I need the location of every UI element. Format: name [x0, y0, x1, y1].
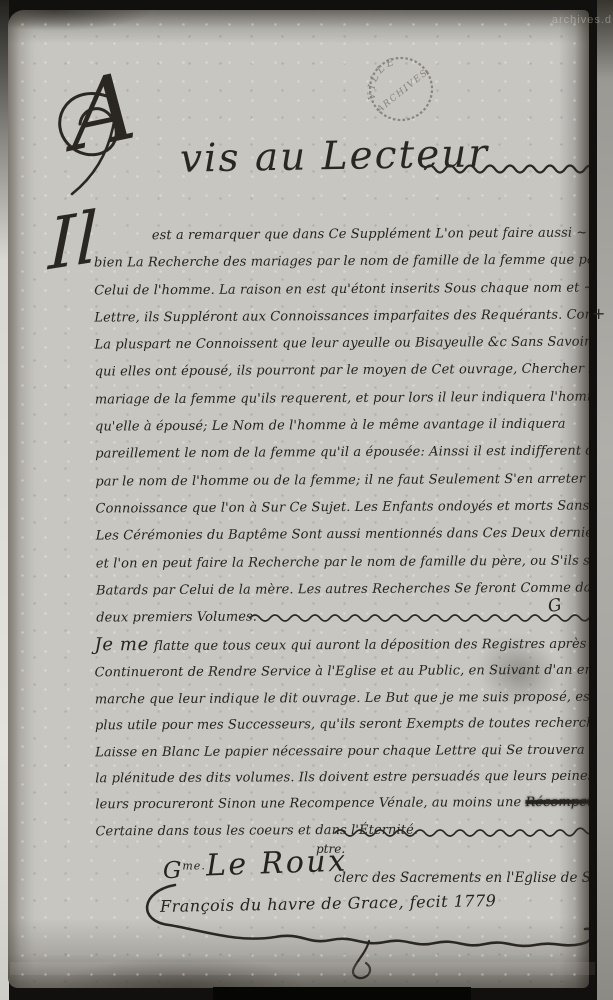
manuscript-page: VILLE ARCHIVES A vis au Lecteur Il est a…	[8, 10, 589, 988]
paragraph2-filler-wave	[333, 824, 589, 838]
paragraph1-filler-wave	[248, 610, 589, 624]
text-line: Connoissance que l'on à Sur Ce Sujet. Le…	[95, 492, 589, 522]
text-line: la plénitude des dits volumes. Ils doive…	[95, 764, 589, 793]
text-line: et l'on en peut faire la Recherche par l…	[96, 547, 589, 577]
text-line: Je meflatte que tous ceux qui auront la …	[94, 630, 589, 661]
text-line: Celui de l'homme. La raison en est qu'ét…	[94, 274, 589, 304]
text-line: par le nom de l'homme ou de la femme; il…	[95, 465, 589, 495]
paragraph-1: est a remarquer que dans Ce Supplément L…	[94, 219, 589, 632]
text-line: Batards par Celui de la mère. Les autres…	[96, 574, 589, 604]
text-line: leurs procureront Sinon une Recompence V…	[95, 790, 589, 819]
text-line: La pluspart ne Connoissent que leur ayeu…	[94, 329, 589, 359]
text-line: Les Cérémonies du Baptême Sont aussi men…	[96, 520, 589, 550]
digital-watermark: archives.d	[552, 14, 612, 26]
text-line: est a remarquer que dans Ce Supplément L…	[94, 219, 589, 249]
margin-plus-mark: +	[592, 304, 605, 323]
scan-right-margin	[597, 0, 613, 1000]
archive-stamp: VILLE ARCHIVES	[342, 30, 461, 149]
text-line: Lettre, ils Suppléront aux Connoissances…	[94, 301, 589, 331]
text-line: bien La Recherche des mariages par le no…	[94, 247, 589, 277]
text-line-rest: flatte que tous ceux qui auront la dépos…	[154, 637, 589, 654]
paragraph2-lead: Je me	[94, 634, 148, 655]
text-line: qu'elle à épousé; Le Nom de l'homme à le…	[95, 411, 589, 441]
text-line: Continueront de Rendre Service à l'Eglis…	[95, 658, 589, 687]
signature-title-superscript: ptre.	[316, 842, 345, 856]
paragraph-2: Je meflatte que tous ceux qui auront la …	[94, 630, 589, 846]
title-initial: A	[67, 51, 140, 173]
paragraph1-dropcap: Il	[48, 195, 99, 286]
text-line: mariage de la femme qu'ils requerent, et…	[95, 383, 589, 413]
text-line: marche que leur indique le dit ouvrage. …	[95, 684, 589, 713]
text-line: plus utile pour mes Successeurs, qu'ils …	[95, 711, 589, 740]
struck-word: Récompense	[525, 795, 589, 810]
text-segment: leurs procureront Sinon une Recompence V…	[95, 796, 525, 813]
text-line: pareillement le nom de la femme qu'il a …	[95, 438, 589, 468]
text-line: qui elles ont épousé, ils pourront par l…	[95, 356, 589, 386]
text-line: Laisse en Blanc Le papier nécessaire pou…	[95, 737, 589, 766]
title-underline-wave	[423, 160, 589, 176]
scan-artifact-band	[10, 962, 595, 975]
manuscript-scan: VILLE ARCHIVES A vis au Lecteur Il est a…	[0, 0, 613, 1000]
scan-bottom-edge	[213, 987, 471, 1000]
